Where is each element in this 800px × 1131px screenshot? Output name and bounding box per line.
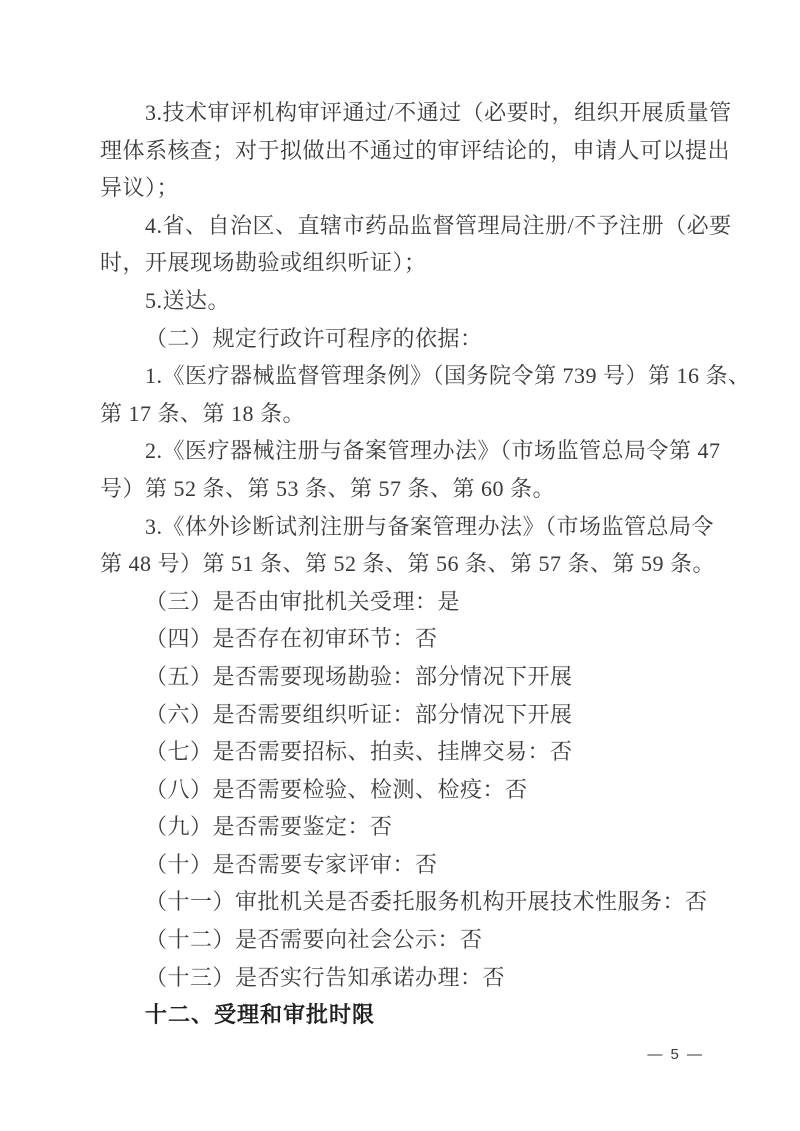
doc-line: 理体系核查；对于拟做出不通过的审评结论的，申请人可以提出	[100, 132, 714, 170]
doc-line: （三）是否由审批机关受理：是	[100, 583, 714, 621]
doc-line: （十三）是否实行告知承诺办理：否	[100, 959, 714, 997]
doc-line: （九）是否需要鉴定：否	[100, 808, 714, 846]
doc-line: 异议）；	[100, 169, 714, 207]
doc-line: （五）是否需要现场勘验：部分情况下开展	[100, 658, 714, 696]
doc-line: （二）规定行政许可程序的依据：	[100, 320, 714, 358]
doc-line: 第 48 号）第 51 条、第 52 条、第 56 条、第 57 条、第 59 …	[100, 545, 714, 583]
doc-line: （十一）审批机关是否委托服务机构开展技术性服务：否	[100, 883, 714, 921]
document-page: 3.技术审评机构审评通过/不通过（必要时，组织开展质量管 理体系核查；对于拟做出…	[0, 0, 800, 1131]
section-heading: 十二、受理和审批时限	[100, 996, 714, 1034]
doc-line: 3.技术审评机构审评通过/不通过（必要时，组织开展质量管	[100, 94, 714, 132]
doc-line: （七）是否需要招标、拍卖、挂牌交易：否	[100, 733, 714, 771]
doc-line: 5.送达。	[100, 282, 714, 320]
doc-line: （四）是否存在初审环节：否	[100, 620, 714, 658]
doc-line: 时，开展现场勘验或组织听证）；	[100, 244, 714, 282]
doc-line: （十）是否需要专家评审：否	[100, 846, 714, 884]
doc-line: 3.《体外诊断试剂注册与备案管理办法》（市场监管总局令	[100, 508, 714, 546]
doc-line: （六）是否需要组织听证：部分情况下开展	[100, 696, 714, 734]
document-body: 3.技术审评机构审评通过/不通过（必要时，组织开展质量管 理体系核查；对于拟做出…	[100, 94, 714, 1034]
page-number: — 5 —	[647, 1045, 704, 1065]
doc-line: （八）是否需要检验、检测、检疫：否	[100, 771, 714, 809]
doc-line: （十二）是否需要向社会公示：否	[100, 921, 714, 959]
doc-line: 4.省、自治区、直辖市药品监督管理局注册/不予注册（必要	[100, 207, 714, 245]
doc-line: 第 17 条、第 18 条。	[100, 395, 714, 433]
doc-line: 2.《医疗器械注册与备案管理办法》（市场监管总局令第 47	[100, 432, 714, 470]
doc-line: 1.《医疗器械监督管理条例》（国务院令第 739 号）第 16 条、	[100, 357, 714, 395]
doc-line: 号）第 52 条、第 53 条、第 57 条、第 60 条。	[100, 470, 714, 508]
